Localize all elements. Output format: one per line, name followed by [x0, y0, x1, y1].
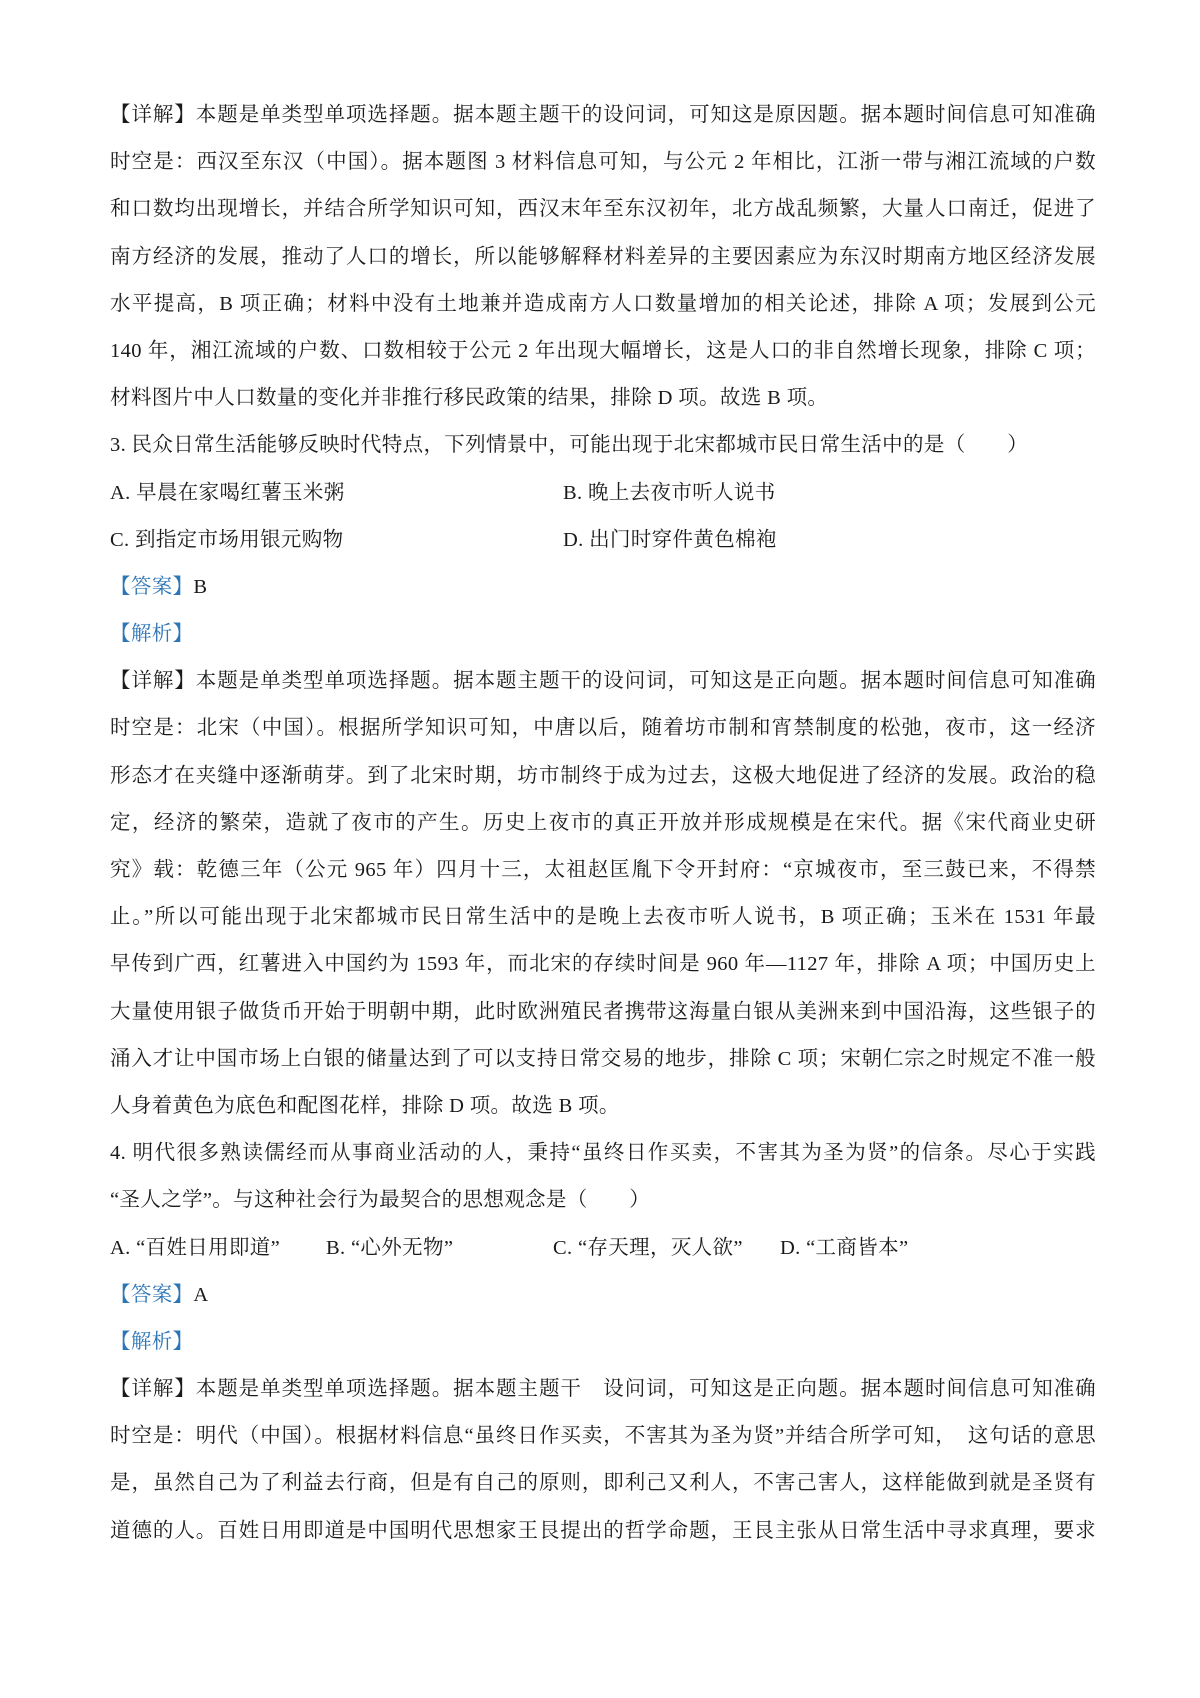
detail-line: 道德的人。百姓日用即道是中国明代思想家王艮提出的哲学命题，王艮主张从日常生活中寻…: [110, 1508, 1096, 1555]
detail-line: 时空是：北宋（中国）。根据所学知识可知，中唐以后，随着坊市制和宵禁制度的松弛，夜…: [110, 705, 1096, 752]
options-row: A. “百姓日用即道” B. “心外无物” C. “存天理，灭人欲” D. “工…: [110, 1225, 1096, 1272]
detail-line: 定，经济的繁荣，造就了夜市的产生。历史上夜市的真正开放并形成规模是在宋代。据《宋…: [110, 800, 1096, 847]
answer-value: A: [193, 1284, 208, 1306]
option-a: A. 早晨在家喝红薯玉米粥: [110, 470, 345, 517]
detail-line: 材料图片中人口数量的变化并非推行移民政策的结果，排除 D 项。故选 B 项。: [110, 375, 1096, 422]
detail-line: 形态才在夹缝中逐渐萌芽。到了北宋时期，坊市制终于成为过去，这极大地促进了经济的发…: [110, 753, 1096, 800]
detail-line: 是，虽然自己为了利益去行商，但是有自己的原则，即利己又利人，不害己害人，这样能做…: [110, 1460, 1096, 1507]
detail-line: 和口数均出现增长，并结合所学知识可知，西汉末年至东汉初年，北方战乱频繁，大量人口…: [110, 186, 1096, 233]
analysis-label: 【解析】: [110, 1319, 1096, 1366]
option-c: C. 到指定市场用银元购物: [110, 517, 343, 564]
answer-line: 【答案】B: [110, 564, 1096, 611]
detail-line: 水平提高，B 项正确；材料中没有土地兼并造成南方人口数量增加的相关论述，排除 A…: [110, 281, 1096, 328]
detail-line: 早传到广西，红薯进入中国约为 1593 年，而北宋的存续时间是 960 年—11…: [110, 941, 1096, 988]
detail-line: 时空是：西汉至东汉（中国）。据本题图 3 材料信息可知，与公元 2 年相比，江浙…: [110, 139, 1096, 186]
answer-label: 【答案】: [110, 1284, 193, 1306]
options-row: A. 早晨在家喝红薯玉米粥 B. 晚上去夜市听人说书: [110, 470, 1096, 517]
question-3: 3. 民众日常生活能够反映时代特点，下列情景中，可能出现于北宋都城市民日常生活中…: [110, 422, 1096, 1130]
option-d: D. “工商皆本”: [780, 1225, 908, 1272]
detail-line: 140 年，湘江流域的户数、口数相较于公元 2 年出现大幅增长，这是人口的非自然…: [110, 328, 1096, 375]
option-c: C. “存天理，灭人欲”: [553, 1225, 743, 1272]
option-b: B. 晚上去夜市听人说书: [563, 470, 776, 517]
detail-line: 南方经济的发展，推动了人口的增长，所以能够解释材料差异的主要因素应为东汉时期南方…: [110, 234, 1096, 281]
question-stem: 3. 民众日常生活能够反映时代特点，下列情景中，可能出现于北宋都城市民日常生活中…: [110, 422, 1096, 469]
detail-line: 【详解】本题是单类型单项选择题。据本题主题干的设问词，可知这是正向题。据本题时间…: [110, 658, 1096, 705]
question-4: 4. 明代很多熟读儒经而从事商业活动的人，秉持“虽终日作买卖，不害其为圣为贤”的…: [110, 1130, 1096, 1555]
answer-line: 【答案】A: [110, 1272, 1096, 1319]
option-b: B. “心外无物”: [326, 1225, 453, 1272]
q2-detail: 【详解】本题是单类型单项选择题。据本题主题干的设问词，可知这是原因题。据本题时间…: [110, 92, 1096, 422]
option-a: A. “百姓日用即道”: [110, 1225, 280, 1272]
answer-label: 【答案】: [110, 576, 193, 598]
document-page: 【详解】本题是单类型单项选择题。据本题主题干的设问词，可知这是原因题。据本题时间…: [110, 92, 1096, 1555]
detail-line: 【详解】本题是单类型单项选择题。据本题主题干 设问词，可知这是正向题。据本题时间…: [110, 1366, 1096, 1413]
analysis-label: 【解析】: [110, 611, 1096, 658]
detail-line: 时空是：明代（中国）。根据材料信息“虽终日作买卖，不害其为圣为贤”并结合所学可知…: [110, 1413, 1096, 1460]
question-stem: “圣人之学”。与这种社会行为最契合的思想观念是（ ）: [110, 1177, 1096, 1224]
detail-line: 止。”所以可能出现于北宋都城市民日常生活中的是晚上去夜市听人说书，B 项正确；玉…: [110, 894, 1096, 941]
detail-line: 大量使用银子做货币开始于明朝中期，此时欧洲殖民者携带这海量白银从美洲来到中国沿海…: [110, 989, 1096, 1036]
detail-line: 人身着黄色为底色和配图花样，排除 D 项。故选 B 项。: [110, 1083, 1096, 1130]
detail-line: 【详解】本题是单类型单项选择题。据本题主题干的设问词，可知这是原因题。据本题时间…: [110, 92, 1096, 139]
detail-line: 涌入才让中国市场上白银的储量达到了可以支持日常交易的地步，排除 C 项；宋朝仁宗…: [110, 1036, 1096, 1083]
detail-line: 究》载：乾德三年（公元 965 年）四月十三，太祖赵匡胤下令开封府：“京城夜市，…: [110, 847, 1096, 894]
option-d: D. 出门时穿件黄色棉袍: [563, 517, 777, 564]
question-stem: 4. 明代很多熟读儒经而从事商业活动的人，秉持“虽终日作买卖，不害其为圣为贤”的…: [110, 1130, 1096, 1177]
options-row: C. 到指定市场用银元购物 D. 出门时穿件黄色棉袍: [110, 517, 1096, 564]
answer-value: B: [193, 576, 207, 598]
